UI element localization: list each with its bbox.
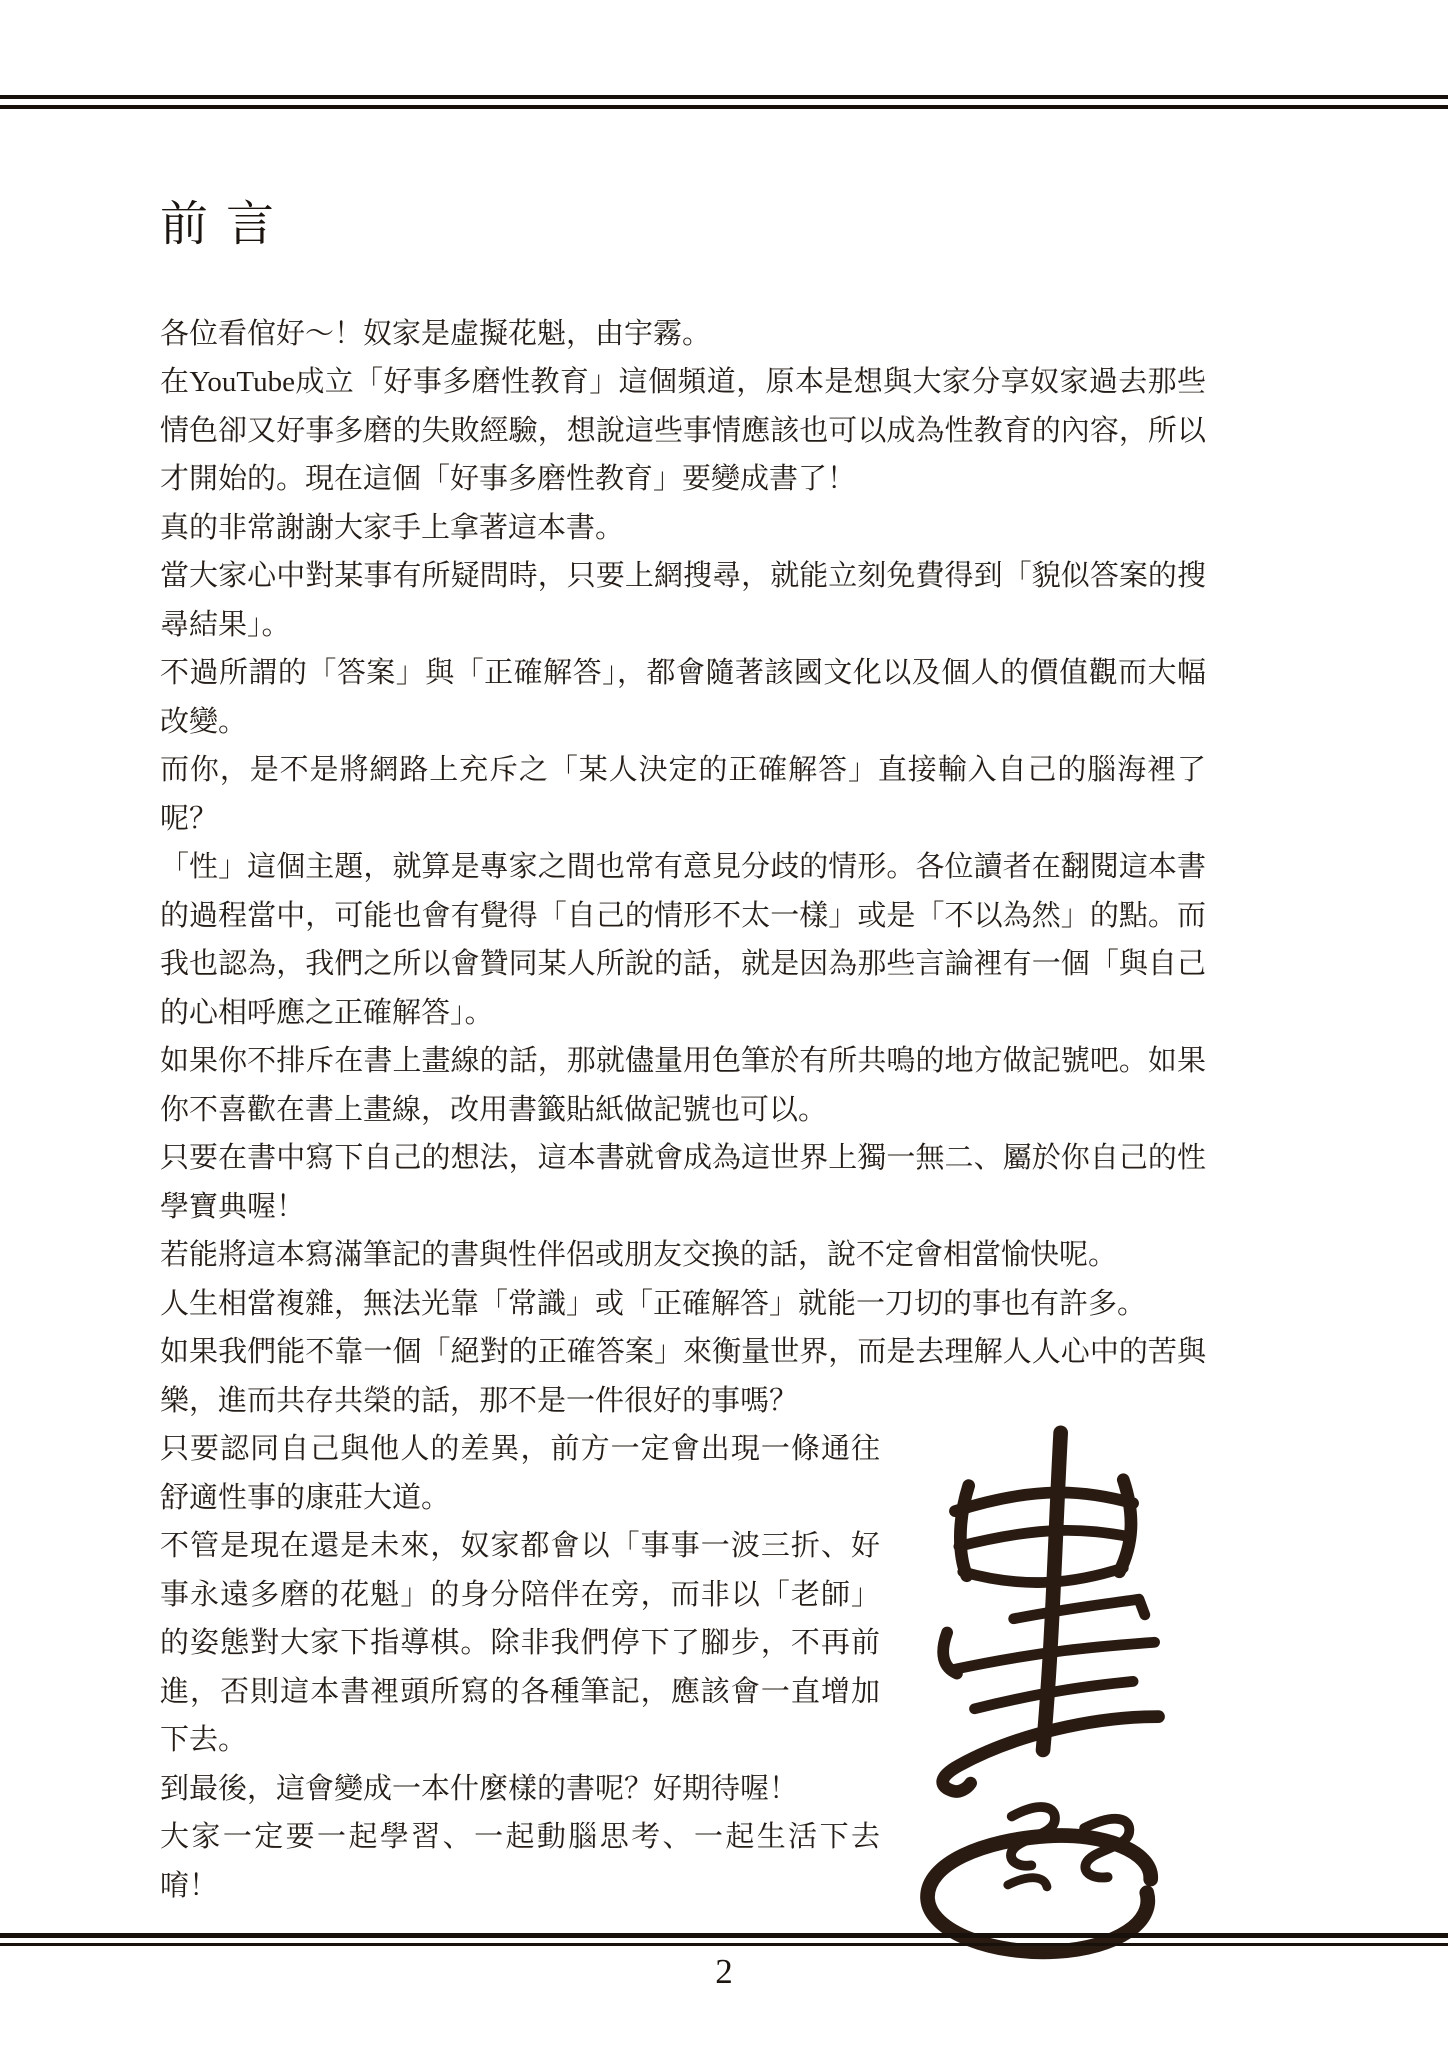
preface-paragraph: 而你，是不是將網路上充斥之「某人決定的正確解答」直接輸入自己的腦海裡了呢？ xyxy=(160,746,1206,843)
signature-calligraphy-icon xyxy=(884,1425,1206,1973)
bottom-double-rule xyxy=(0,1933,1448,1946)
preface-paragraph: 只要在書中寫下自己的想法，這本書就會成為這世界上獨一無二、屬於你自己的性學寶典喔… xyxy=(160,1134,1206,1231)
paragraph-group-upper: 各位看倌好～！奴家是虛擬花魁，由宇霧。在YouTube成立「好事多磨性教育」這個… xyxy=(160,310,1206,1426)
preface-paragraph: 人生相當複雜，無法光靠「常識」或「正確解答」就能一刀切的事也有許多。 xyxy=(160,1280,1206,1329)
preface-paragraph: 「性」這個主題，就算是專家之間也常有意見分歧的情形。各位讀者在翻閱這本書的過程當… xyxy=(160,843,1206,1037)
preface-paragraph: 真的非常謝謝大家手上拿著這本書。 xyxy=(160,504,1206,553)
top-double-rule xyxy=(0,95,1448,109)
preface-body: 各位看倌好～！奴家是虛擬花魁，由宇霧。在YouTube成立「好事多磨性教育」這個… xyxy=(160,310,1206,1911)
page-number: 2 xyxy=(0,1952,1448,1992)
preface-paragraph: 當大家心中對某事有所疑問時，只要上網搜尋，就能立刻免費得到「貌似答案的搜尋結果」… xyxy=(160,552,1206,649)
book-page: 前言 各位看倌好～！奴家是虛擬花魁，由宇霧。在YouTube成立「好事多磨性教育… xyxy=(0,0,1448,2048)
page-content: 前言 各位看倌好～！奴家是虛擬花魁，由宇霧。在YouTube成立「好事多磨性教育… xyxy=(160,196,1206,1973)
preface-paragraph: 各位看倌好～！奴家是虛擬花魁，由宇霧。 xyxy=(160,310,1206,359)
preface-paragraph: 若能將這本寫滿筆記的書與性伴侶或朋友交換的話，說不定會相當愉快呢。 xyxy=(160,1231,1206,1280)
preface-paragraph: 在YouTube成立「好事多磨性教育」這個頻道，原本是想與大家分享奴家過去那些情… xyxy=(160,358,1206,504)
preface-paragraph: 不過所謂的「答案」與「正確解答」，都會隨著該國文化以及個人的價值觀而大幅改變。 xyxy=(160,649,1206,746)
paragraph-group-lower: 只要認同自己與他人的差異，前方一定會出現一條通往舒適性事的康莊大道。不管是現在還… xyxy=(160,1425,1206,1910)
page-title: 前言 xyxy=(160,196,1206,254)
preface-paragraph: 如果我們能不靠一個「絕對的正確答案」來衡量世界，而是去理解人人心中的苦與樂，進而… xyxy=(160,1328,1206,1425)
preface-paragraph: 如果你不排斥在書上畫線的話，那就儘量用色筆於有所共鳴的地方做記號吧。如果你不喜歡… xyxy=(160,1037,1206,1134)
